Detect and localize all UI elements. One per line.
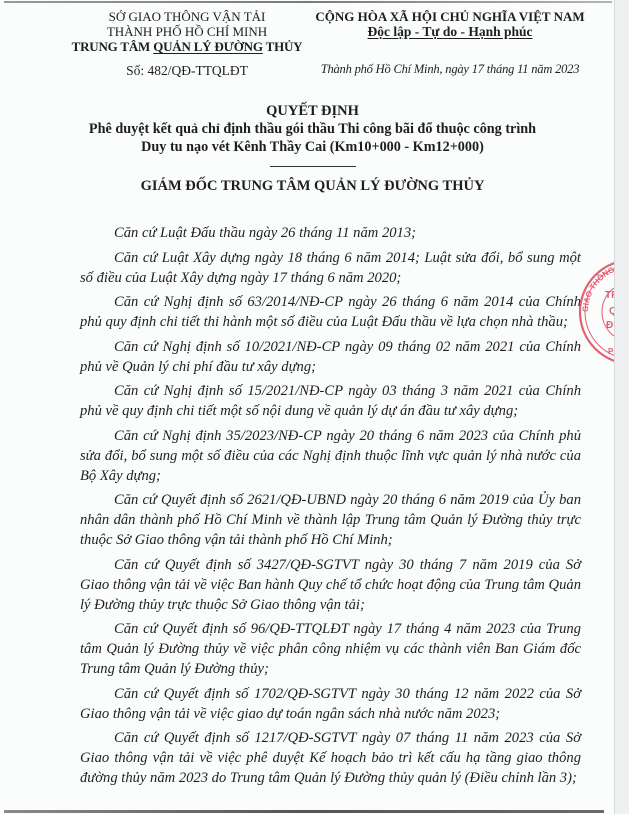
legal-basis-item: Căn cứ Quyết định số 1217/QĐ-SGTVT ngày … — [80, 728, 581, 788]
national-header: CỘNG HÒA XÃ HỘI CHỦ NGHĨA VIỆT NAM Độc l… — [300, 9, 600, 77]
decision-title: QUYẾT ĐỊNH Phê duyệt kết quả chỉ định th… — [40, 102, 585, 167]
top-border — [4, 1, 612, 3]
agency-underline: QUẢN LÝ ĐƯỜNG — [153, 39, 263, 54]
nation-name: CỘNG HÒA XÃ HỘI CHỦ NGHĨA VIỆT NAM — [300, 9, 600, 24]
seal-icon: GIAO THÔNG VẬN TẢI TRU QI ĐƯỜ PS — [572, 258, 614, 366]
place-date: Thành phố Hồ Chí Minh, ngày 17 tháng 11 … — [300, 62, 600, 77]
legal-basis-item: Căn cứ Nghị định số 15/2021/NĐ-CP ngày 0… — [80, 381, 581, 421]
svg-text:ĐƯỜ: ĐƯỜ — [606, 318, 614, 331]
legal-basis-item: Căn cứ Quyết định số 3427/QĐ-SGTVT ngày … — [80, 555, 581, 615]
legal-basis-item: Căn cứ Quyết định số 96/QĐ-TTQLĐT ngày 1… — [80, 619, 581, 679]
decision-heading: QUYẾT ĐỊNH — [40, 102, 585, 120]
legal-basis-item: Căn cứ Quyết định số 1702/QĐ-SGTVT ngày … — [80, 684, 581, 724]
official-seal-stamp: GIAO THÔNG VẬN TẢI TRU QI ĐƯỜ PS — [572, 258, 614, 366]
legal-basis-item: Căn cứ Quyết định số 2621/QĐ-UBND ngày 2… — [80, 490, 581, 550]
legal-bases: Căn cứ Luật Đấu thầu ngày 26 tháng 11 nă… — [80, 223, 581, 793]
bottom-border — [4, 810, 604, 813]
legal-basis-item: Căn cứ Nghị định số 63/2014/NĐ-CP ngày 2… — [80, 292, 581, 332]
legal-basis-item: Căn cứ Nghị định số 10/2021/NĐ-CP ngày 0… — [80, 337, 581, 377]
decision-subject-line-1: Phê duyệt kết quả chỉ định thầu gói thầu… — [40, 120, 585, 138]
legal-basis-item: Căn cứ Luật Đấu thầu ngày 26 tháng 11 nă… — [80, 223, 581, 243]
agency-line-3: TRUNG TÂM QUẢN LÝ ĐƯỜNG THỦY — [68, 39, 306, 54]
legal-basis-item: Căn cứ Nghị định 35/2023/NĐ-CP ngày 20 t… — [80, 426, 581, 486]
document-number: Số: 482/QĐ-TTQLĐT — [68, 63, 306, 78]
legal-basis-item: Căn cứ Luật Xây dựng ngày 18 tháng 6 năm… — [80, 248, 581, 288]
page-edge — [614, 0, 629, 814]
agency-line-1: SỞ GIAO THÔNG VẬN TẢI — [68, 9, 306, 24]
decision-subject-line-2: Duy tu nạo vét Kênh Thầy Cai (Km10+000 -… — [40, 138, 585, 156]
svg-text:TRU: TRU — [605, 290, 614, 301]
document-page: SỞ GIAO THÔNG VẬN TẢI THÀNH PHỐ HỒ CHÍ M… — [0, 0, 614, 814]
agency-header: SỞ GIAO THÔNG VẬN TẢI THÀNH PHỐ HỒ CHÍ M… — [68, 9, 306, 78]
agency-line-2: THÀNH PHỐ HỒ CHÍ MINH — [68, 24, 306, 39]
national-motto: Độc lập - Tự do - Hạnh phúc — [367, 24, 532, 39]
title-divider — [270, 166, 356, 167]
issuer-title: GIÁM ĐỐC TRUNG TÂM QUẢN LÝ ĐƯỜNG THỦY — [40, 178, 585, 195]
